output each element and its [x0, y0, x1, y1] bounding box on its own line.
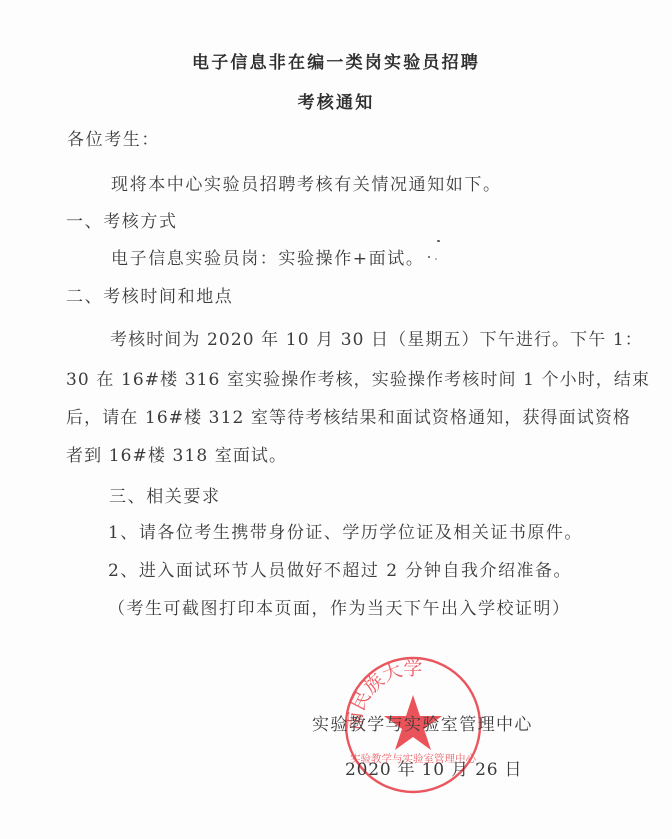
- section-1-text: 电子信息实验员岗：实验操作+面试。: [111, 248, 424, 270]
- salutation: 各位考生：: [67, 129, 160, 151]
- issue-date: 2020 年 10 月 26 日: [345, 759, 522, 781]
- title-line-1: 电子信息非在编一类岗实验员招聘: [0, 52, 672, 74]
- section-2-line-4: 者到 16#楼 318 室面试。: [66, 445, 287, 467]
- section-3-heading: 三、相关要求: [109, 486, 221, 508]
- section-1-heading: 一、考核方式: [66, 211, 178, 233]
- scan-speck: [428, 256, 430, 258]
- section-2-heading: 二、考核时间和地点: [66, 286, 233, 308]
- scan-speck: [437, 240, 440, 242]
- scan-speck: [435, 258, 437, 260]
- section-2-line-2: 30 在 16#楼 316 室实验操作考核，实验操作考核时间 1 个小时，结束: [66, 369, 650, 391]
- notice-page: 电子信息非在编一类岗实验员招聘 考核通知 各位考生： 现将本中心实验员招聘考核有…: [0, 0, 672, 839]
- signature: 实验教学与实验室管理中心: [312, 714, 533, 736]
- intro-paragraph: 现将本中心实验员招聘考核有关情况通知如下。: [111, 174, 502, 196]
- section-3-item-1: 1、请各位考生携带身份证、学历学位证及相关证书原件。: [108, 522, 583, 544]
- print-note: （考生可截图打印本页面，作为当天下午出入学校证明）: [108, 598, 571, 620]
- section-2-line-1: 考核时间为 2020 年 10 月 30 日（星期五）下午进行。下午 1：: [110, 329, 643, 351]
- title-line-2: 考核通知: [0, 92, 672, 114]
- section-3-item-2: 2、进入面试环节人员做好不超过 2 分钟自我介绍准备。: [108, 560, 572, 582]
- section-2-line-3: 后，请在 16#楼 312 室等待考核结果和面试资格通知，获得面试资格: [66, 407, 631, 429]
